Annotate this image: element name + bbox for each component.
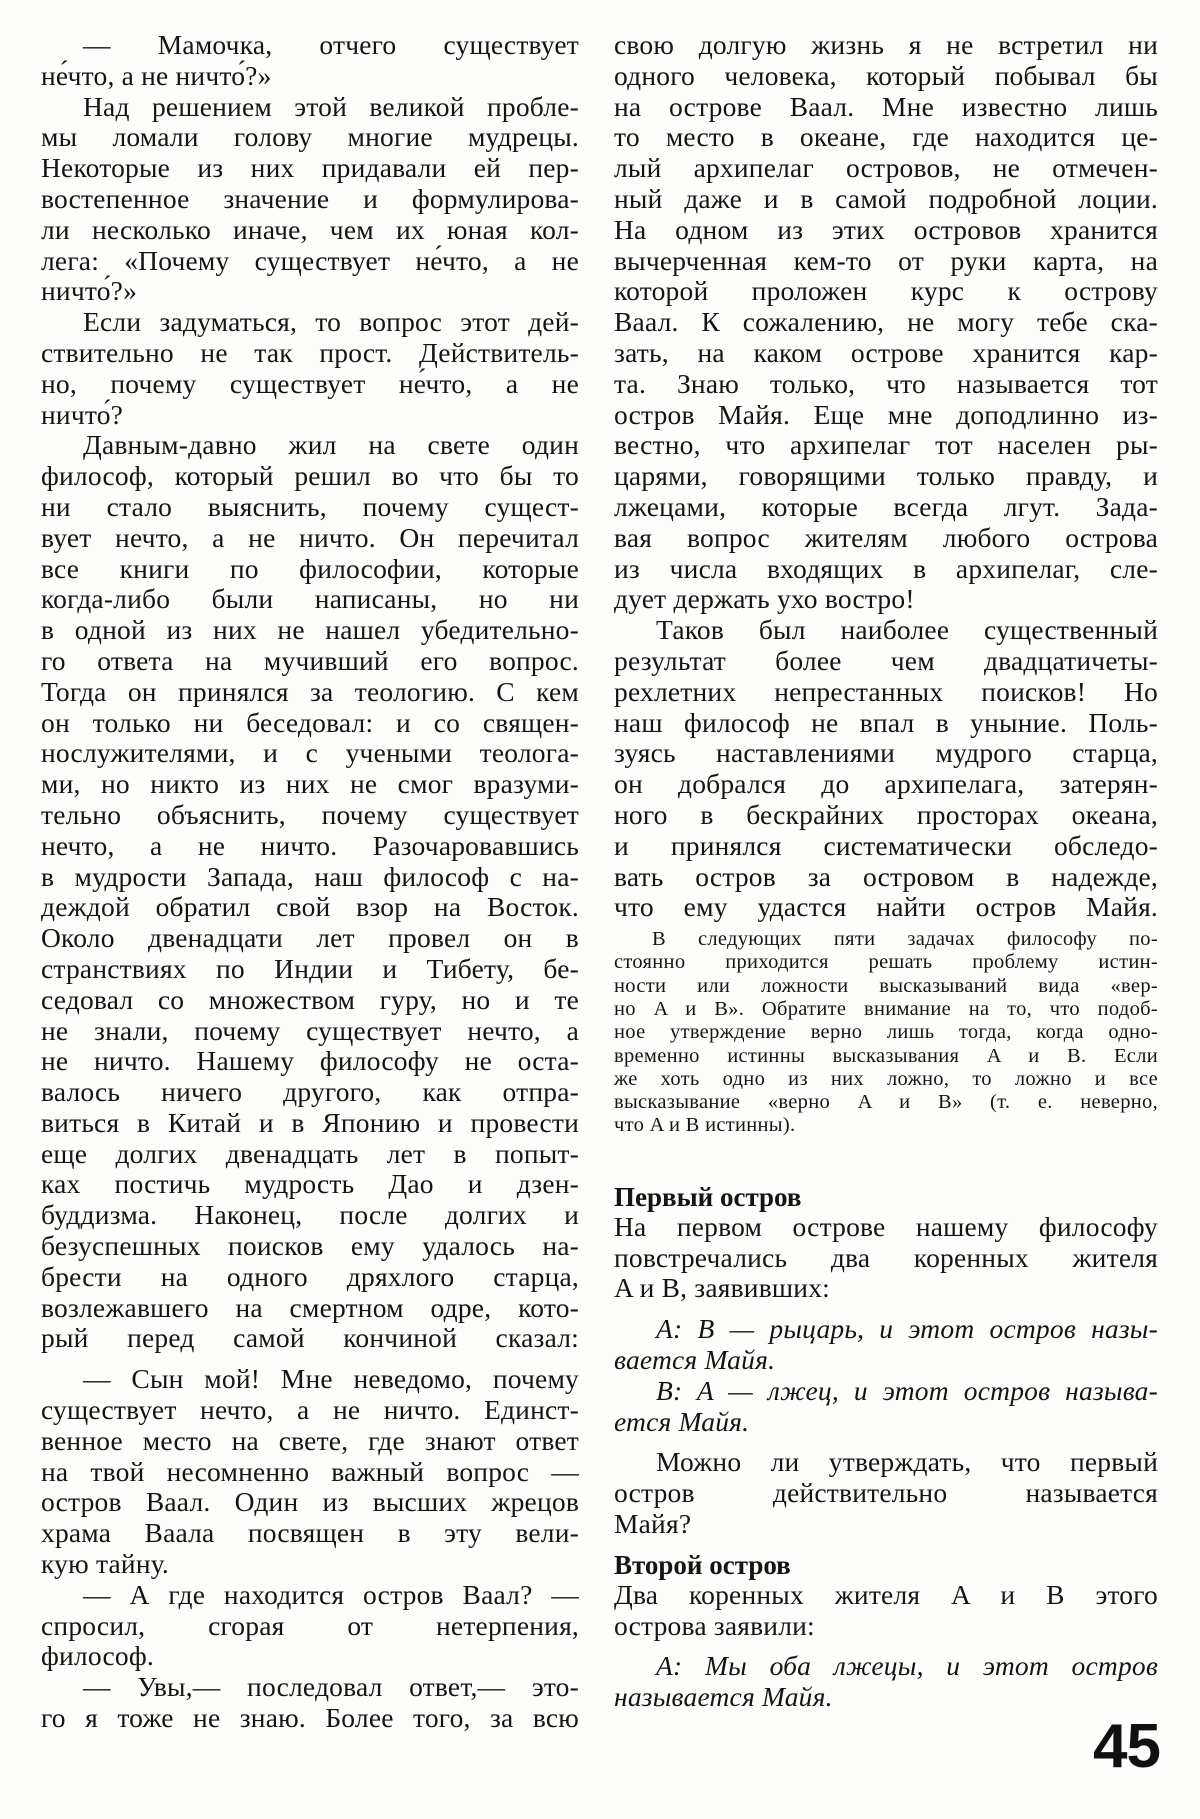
question-line: Майя? [614,1509,1158,1540]
text-line: ках постичь мудрость Дао и дзен- [41,1169,579,1200]
text-line: вестно, что архипелаг тот населен ры- [614,430,1158,461]
text-line: буддизма. Наконец, после долгих и [41,1200,579,1231]
right-column: свою долгую жизнь я не встретил ни одног… [614,30,1158,1713]
text-line: не ничто. Нашему философу не оста- [41,1046,579,1077]
text-line: — А где находится остров Ваал? — [41,1580,579,1611]
text-line: Давным-давно жил на свете один [41,430,579,461]
text-line: царями, говорящими только правду, и [614,461,1158,492]
text-line: дует держать ухо востро! [614,584,1158,615]
text-line: существует нечто, а не ничто. Единст- [41,1395,579,1426]
text-line: острова заявили: [614,1611,1158,1642]
text-line: наш философ не впал в уныние. Поль- [614,708,1158,739]
text-line: та. Знаю только, что называется тот [614,369,1158,400]
text-line: спросил, сгорая от нетерпения, [41,1611,579,1642]
text-line: высказывание «верно A и B» (т. е. неверн… [614,1091,1158,1114]
text-line: но, почему существует не́что, а не [41,369,579,400]
text-line: же хоть одно из них ложно, то ложно и вс… [614,1068,1158,1091]
text-line: зать, на каком острове хранится кар- [614,338,1158,369]
text-line: временно истинны высказывания A и B. Есл… [614,1045,1158,1068]
left-column: — Мамочка, отчего существует не́что, а н… [41,30,579,1734]
text-line: нослужителями, и с учеными теолога- [41,738,579,769]
text-line: Над решением этой великой пробле- [41,92,579,123]
text-line: брести на одного дряхлого старца, [41,1262,579,1293]
text-line: одного человека, который побывал бы [614,61,1158,92]
text-line: что ему удастся найти остров Майя. [614,892,1158,923]
note-paragraph: В следующих пяти задачах философу по- ст… [614,928,1158,1138]
text-line: ни стало выяснить, почему сущест- [41,492,579,523]
problem-first-island: Первый остров На первом острове нашему ф… [614,1182,1158,1540]
text-line: все книги по философии, которые [41,554,579,585]
text-line: странствиях по Индии и Тибету, бе- [41,954,579,985]
question-line: остров действительно называется [614,1478,1158,1509]
paragraph-alas: — Увы,— последовал ответ,— это- го я тож… [41,1672,579,1734]
text-line: он добрался до архипелага, затерян- [614,769,1158,800]
text-line: и принялся систематически обследо- [614,831,1158,862]
problem-title: Второй остров [614,1550,1158,1580]
text-line: стоянно приходится решать проблему истин… [614,951,1158,974]
text-line: востепенное значение и формулирова- [41,184,579,215]
statement-line: ется Майя. [614,1407,1158,1438]
text-line: на острове Ваал. Мне известно лишь [614,92,1158,123]
text-line: тельно объяснить, почему существует [41,800,579,831]
text-line: кую тайну. [41,1549,579,1580]
text-line: остров Майя. Еще мне доподлинно из- [614,400,1158,431]
text-line: Если задуматься, то вопрос этот дей- [41,307,579,338]
text-line: Таков был наиболее существенный [614,615,1158,646]
text-line: Некоторые из них придавали ей пер- [41,153,579,184]
text-line: свою долгую жизнь я не встретил ни [614,30,1158,61]
text-line: вать остров за островом в надежде, [614,862,1158,893]
text-line: ности или ложности высказываний вида «ве… [614,975,1158,998]
text-line: ли несколько иначе, чем их юная кол- [41,215,579,246]
text-line: деждой обратил свой взор на Восток. [41,892,579,923]
paragraph-continuation: свою долгую жизнь я не встретил ни одног… [614,30,1158,615]
text-line: рехлетних непрестанных поисков! Но [614,677,1158,708]
question-line: Можно ли утверждать, что первый [614,1447,1158,1478]
text-line: в мудрости Запада, наш философ с на- [41,862,579,893]
text-line: лжецами, которые всегда лгут. Зада- [614,492,1158,523]
text-line: из числа входящих в архипелаг, сле- [614,554,1158,585]
text-line: го я тоже не знаю. Более того, за всю [41,1703,579,1734]
paragraph-mother-question: — Мамочка, отчего существует не́что, а н… [41,30,579,92]
text-line: Ваал. К сожалению, не могу тебе ска- [614,307,1158,338]
text-line: храма Ваала посвящен в эту вели- [41,1518,579,1549]
text-line: не́что, а не ничто́?» [41,61,579,92]
text-line: го ответа на мучивший его вопрос. [41,646,579,677]
text-line: когда-либо были написаны, но ни [41,584,579,615]
paragraph-elder-speech: — Сын мой! Мне неведомо, почему существу… [41,1364,579,1580]
problem-second-island: Второй остров Два коренных жителя A и B … [614,1550,1158,1713]
statement-line: называется Майя. [614,1682,1158,1713]
text-line: ный даже и в самой подробной лоции. [614,184,1158,215]
text-line: повстречались два коренных жителя [614,1243,1158,1274]
text-line: лега: «Почему существует не́что, а не [41,246,579,277]
text-line: зуясь наставлениями мудрого старца, [614,738,1158,769]
text-line: философ, который решил во что бы то [41,461,579,492]
text-line: вычерченная кем-то от руки карта, на [614,246,1158,277]
text-line: Около двенадцати лет провел он в [41,923,579,954]
text-line: остров Ваал. Один из высших жрецов [41,1487,579,1518]
text-line: венное место на свете, где знают ответ [41,1426,579,1457]
text-line: седовал со множеством гуру, но и те [41,985,579,1016]
text-line: которой проложен курс к острову [614,276,1158,307]
statement-line: A: B — рыцарь, и этот остров назы- [614,1314,1158,1345]
paragraph-summary: Таков был наиболее существенный результа… [614,615,1158,923]
text-line: возлежавшего на смертном одре, кото- [41,1293,579,1324]
text-line: Тогда он принялся за теологию. С кем [41,677,579,708]
text-line: рый перед самой кончиной сказал: [41,1323,579,1354]
text-line: на твой несомненно важный вопрос — [41,1457,579,1488]
text-line: ного в бескрайних просторах океана, [614,800,1158,831]
paragraph-question-hard: Если задуматься, то вопрос этот дей- ств… [41,307,579,430]
text-line: ствительно не так прост. Действитель- [41,338,579,369]
text-line: не знали, почему существует нечто, а [41,1016,579,1047]
text-line: — Мамочка, отчего существует [41,30,579,61]
text-line: безуспешных поисков ему удалось на- [41,1231,579,1262]
text-line: мы ломали голову многие мудрецы. [41,122,579,153]
text-line: что A и B истинны). [614,1114,1158,1137]
problem-title: Первый остров [614,1182,1158,1212]
text-line: еще долгих двенадцать лет в попыт- [41,1139,579,1170]
text-line: вая вопрос жителям любого острова [614,523,1158,554]
paragraph-sages: Над решением этой великой пробле- мы лом… [41,92,579,308]
text-line: нечто, а не ничто. Разочаровавшись [41,831,579,862]
statement-line: B: A — лжец, и этот остров называ- [614,1376,1158,1407]
text-line: Два коренных жителя A и B этого [614,1580,1158,1611]
statement-line: вается Майя. [614,1345,1158,1376]
text-line: — Увы,— последовал ответ,— это- [41,1672,579,1703]
text-line: философ. [41,1641,579,1672]
text-line: вует нечто, а не ничто. Он перечитал [41,523,579,554]
text-line: ми, но никто из них не смог вразуми- [41,769,579,800]
text-line: ничто́?» [41,276,579,307]
paragraph-philosopher-story: Давным-давно жил на свете один философ, … [41,430,579,1354]
text-line: лый архипелаг островов, не отмечен- [614,153,1158,184]
text-line: в одной из них не нашел убедительно- [41,615,579,646]
text-line: виться в Китай и в Японию и провести [41,1108,579,1139]
text-line: результат более чем двадцатичеты- [614,646,1158,677]
text-line: — Сын мой! Мне неведомо, почему [41,1364,579,1395]
text-line: валось ничего другого, как отпра- [41,1077,579,1108]
text-line: В следующих пяти задачах философу по- [614,928,1158,951]
text-line: На одном из этих островов хранится [614,215,1158,246]
text-line: ное утверждение верно лишь тогда, когда … [614,1021,1158,1044]
paragraph-where-baal: — А где находится остров Ваал? — спросил… [41,1580,579,1672]
statement-line: A: Мы оба лжецы, и этот остров [614,1651,1158,1682]
page-number: 45 [1093,1716,1160,1778]
text-line: он только ни беседовал: и со священ- [41,708,579,739]
text-line: A и B, заявивших: [614,1273,1158,1304]
text-line: На первом острове нашему философу [614,1212,1158,1243]
text-line: то место в океане, где находится це- [614,122,1158,153]
text-line: ничто́? [41,400,579,431]
text-line: но A и B». Обратите внимание на то, что … [614,998,1158,1021]
